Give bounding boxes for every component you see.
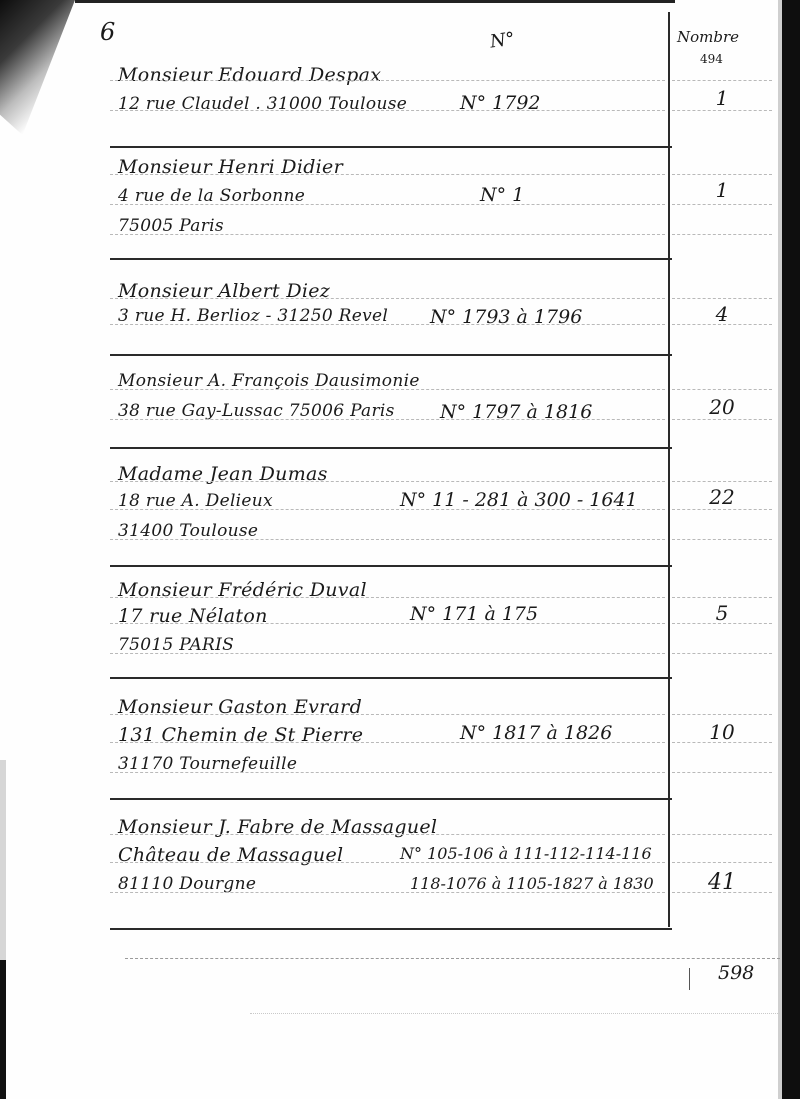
entry-numeros: N° 1797 à 1816 [440,401,592,423]
ruled-line [672,834,772,835]
ruled-line [672,597,772,598]
ruled-line [125,958,780,959]
column-header-carry-over: 494 [700,52,723,66]
ledger-entry: Monsieur Gaston Evrard 131 Chemin de St … [110,680,670,800]
entry-city: 81110 Dourgne [118,874,256,894]
ruled-line [110,110,665,111]
ruled-line [672,772,772,773]
ledger-entry: Monsieur A. François Dausimonie 38 rue G… [110,355,670,450]
entry-count: 10 [672,720,772,744]
ruled-line [672,862,772,863]
entry-count: 1 [672,178,772,202]
entry-name: Monsieur A. François Dausimonie [118,371,420,391]
column-header-numero: N° [489,28,516,52]
ruled-line [110,597,665,598]
ruled-line [110,539,665,540]
entry-numeros: N° 105-106 à 111-112-114-116 [400,844,652,863]
entry-address: 4 rue de la Sorbonne [118,186,305,206]
ledger-entry: Monsieur Edouard Despax 12 rue Claudel .… [110,62,670,150]
entry-count: 4 [672,302,772,326]
page-top-edge [75,0,675,3]
ruled-line [672,714,772,715]
entry-city: 75005 Paris [118,216,224,236]
ledger-entry: Monsieur Frédéric Duval 17 rue Nélaton 7… [110,567,670,679]
entry-numeros: N° 171 à 175 [410,603,538,625]
binding-shadow [0,0,75,135]
ruled-line [672,623,772,624]
ruled-line [110,298,665,299]
ruled-line [672,204,772,205]
ruled-line [672,174,772,175]
ruled-line [110,174,665,175]
entry-count: 20 [672,395,772,419]
entry-numeros: N° 1817 à 1826 [460,722,612,744]
ledger-entry: Madame Jean Dumas 18 rue A. Delieux 3140… [110,447,670,567]
ruled-line [672,509,772,510]
entry-address: 3 rue H. Berlioz - 31250 Revel [118,306,388,326]
ruled-line [250,1013,780,1014]
ruled-line [672,892,772,893]
entry-count: 22 [672,485,772,509]
scanned-ledger-page: 6 N° Nombre 494 Monsieur Edouard Despax … [0,0,800,1099]
ruled-line [672,742,772,743]
ruled-line [110,80,665,81]
ruled-line [110,481,665,482]
ledger-entry: Monsieur Henri Didier 4 rue de la Sorbon… [110,150,670,260]
ruled-line [110,772,665,773]
ruled-line [110,623,665,624]
entry-separator [110,928,672,930]
ruled-line [110,834,665,835]
ledger-entry: Monsieur Albert Diez 3 rue H. Berlioz - … [110,260,670,355]
ledger-entry: Monsieur J. Fabre de Massaguel Château d… [110,800,670,930]
ruled-line [672,110,772,111]
ruled-line [672,653,772,654]
ruled-line [672,298,772,299]
entry-numeros: N° 1793 à 1796 [430,306,582,328]
ruled-line [672,419,772,420]
ruled-line [672,234,772,235]
ruled-line [672,80,772,81]
ruled-line [110,653,665,654]
entry-name: Monsieur Edouard Despax [118,64,381,86]
page-total: 598 [718,962,754,984]
entry-separator [110,146,672,148]
entry-numeros: N° 1792 [460,92,541,114]
ruled-line [672,324,772,325]
entry-numeros: N° 1 [480,184,524,206]
ruled-line [110,204,665,205]
entry-count: 1 [672,86,772,110]
entry-count: 5 [672,601,772,625]
ruled-line [672,481,772,482]
entry-city: 31400 Toulouse [118,521,258,541]
total-marker [689,968,690,990]
scan-edge [782,0,800,1099]
entry-separator [110,677,672,679]
entry-address: 18 rue A. Delieux [118,491,273,511]
column-header-nombre: Nombre [677,28,739,46]
scan-edge [0,960,6,1099]
ruled-line [672,539,772,540]
entry-address: 12 rue Claudel . 31000 Toulouse [118,94,407,114]
scan-edge [0,760,6,960]
ruled-line [110,389,665,390]
ruled-line [110,234,665,235]
page-number: 6 [100,18,115,46]
ruled-line [672,389,772,390]
ruled-line [110,714,665,715]
entry-numeros: N° 11 - 281 à 300 - 1641 [400,489,638,511]
entry-address: 38 rue Gay-Lussac 75006 Paris [118,401,395,421]
entry-city: 75015 PARIS [118,635,234,655]
entry-numeros-continued: 118-1076 à 1105-1827 à 1830 [410,874,654,893]
entry-city: 31170 Tournefeuille [118,754,297,774]
